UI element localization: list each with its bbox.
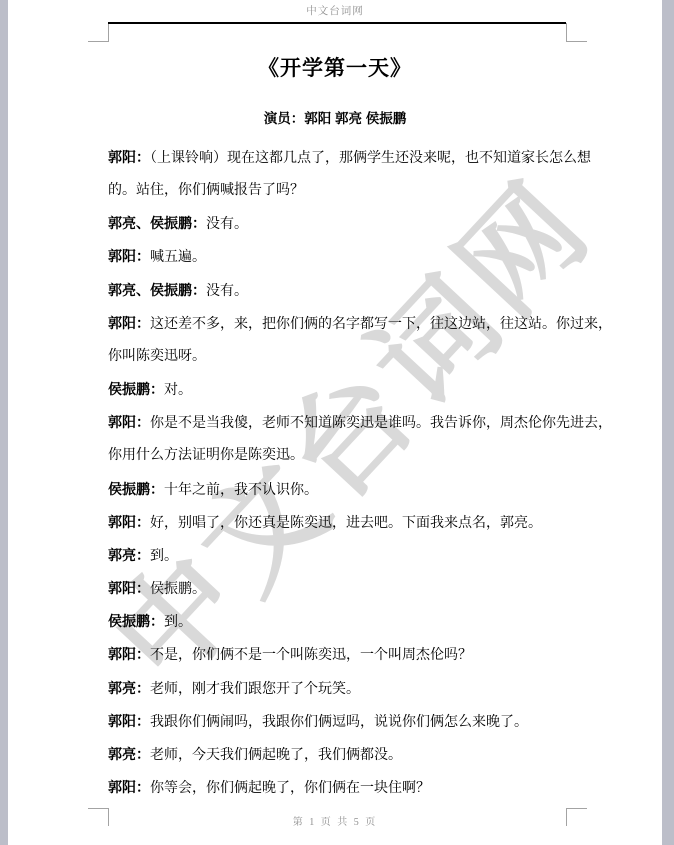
speaker-name: 郭阳： — [108, 580, 150, 596]
speaker-name: 郭阳： — [108, 713, 150, 729]
speaker-name: 郭阳： — [108, 315, 150, 331]
dialogue-text: 对。 — [164, 383, 192, 398]
script-line: 侯振鹏：十年之前，我不认识你。 — [108, 473, 570, 506]
document-page: 中文台词网 中文台词网 《开学第一天》 演员：郭阳 郭亮 侯振鹏 郭阳：（上课铃… — [8, 0, 662, 845]
script-line: 你用什么方法证明你是陈奕迅。 — [108, 439, 570, 472]
speaker-name: 郭阳： — [108, 514, 150, 530]
dialogue-text: （上课铃响）现在这都几点了，那俩学生还没来呢，也不知道家长怎么想 — [150, 151, 591, 166]
script-line: 郭阳：你是不是当我傻，老师不知道陈奕迅是谁吗。我告诉你，周杰伦你先进去， — [108, 406, 570, 439]
dialogue-text: 喊五遍。 — [150, 250, 206, 265]
script-line: 郭阳：不是，你们俩不是一个叫陈奕迅，一个叫周杰伦吗？ — [108, 638, 570, 671]
speaker-name: 郭亮： — [108, 746, 150, 762]
cast-line: 演员：郭阳 郭亮 侯振鹏 — [8, 108, 662, 130]
speaker-name: 侯振鹏： — [108, 381, 164, 397]
speaker-name: 郭阳： — [108, 779, 150, 795]
script-line: 郭阳：侯振鹏。 — [108, 572, 570, 605]
script-line: 郭亮：到。 — [108, 539, 570, 572]
script-line: 郭阳：这还差不多，来，把你们俩的名字都写一下，往这边站，往这站。你过来， — [108, 307, 570, 340]
speaker-name: 郭阳： — [108, 149, 150, 165]
speaker-name: 郭亮、侯振鹏： — [108, 215, 206, 231]
dialogue-text: 没有。 — [206, 217, 248, 232]
dialogue-text: 没有。 — [206, 284, 248, 299]
script-line: 你叫陈奕迅呀。 — [108, 340, 570, 373]
script-line: 郭亮：老师，今天我们俩起晚了，我们俩都没。 — [108, 738, 570, 771]
script-line: 郭亮：老师，刚才我们跟您开了个玩笑。 — [108, 672, 570, 705]
page-number-text: 第 1 页 共 5 页 — [8, 816, 662, 830]
speaker-name: 郭阳： — [108, 248, 150, 264]
dialogue-text: 你用什么方法证明你是陈奕迅。 — [108, 448, 304, 463]
script-line: 郭阳：好，别唱了，你还真是陈奕迅，进去吧。下面我来点名，郭亮。 — [108, 506, 570, 539]
dialogue-text: 十年之前，我不认识你。 — [164, 483, 318, 498]
script-line: 侯振鹏：到。 — [108, 605, 570, 638]
script-line: 郭阳：喊五遍。 — [108, 240, 570, 273]
speaker-name: 侯振鹏： — [108, 481, 164, 497]
dialogue-text: 不是，你们俩不是一个叫陈奕迅，一个叫周杰伦吗？ — [150, 648, 472, 663]
dialogue-text: 你是不是当我傻，老师不知道陈奕迅是谁吗。我告诉你，周杰伦你先进去， — [150, 416, 612, 431]
dialogue-text: 到。 — [150, 549, 178, 564]
script-body: 郭阳：（上课铃响）现在这都几点了，那俩学生还没来呢，也不知道家长怎么想的。站住，… — [108, 141, 570, 804]
speaker-name: 郭阳： — [108, 646, 150, 662]
header-rule — [108, 22, 566, 24]
page-header-text: 中文台词网 — [8, 3, 662, 18]
script-line: 侯振鹏：对。 — [108, 373, 570, 406]
script-line: 郭阳：我跟你们俩闹吗，我跟你们俩逗吗，说说你们俩怎么来晚了。 — [108, 705, 570, 738]
speaker-name: 郭亮、侯振鹏： — [108, 282, 206, 298]
speaker-name: 郭亮： — [108, 547, 150, 563]
dialogue-text: 好，别唱了，你还真是陈奕迅，进去吧。下面我来点名，郭亮。 — [150, 516, 542, 531]
dialogue-text: 到。 — [164, 615, 192, 630]
dialogue-text: 这还差不多，来，把你们俩的名字都写一下，往这边站，往这站。你过来， — [150, 317, 612, 332]
dialogue-text: 你叫陈奕迅呀。 — [108, 349, 206, 364]
document-title: 《开学第一天》 — [8, 50, 662, 86]
dialogue-text: 老师，今天我们俩起晚了，我们俩都没。 — [150, 748, 402, 763]
script-line: 的。站住，你们俩喊报告了吗？ — [108, 174, 570, 207]
dialogue-text: 你等会，你们俩起晚了，你们俩在一块住啊？ — [150, 781, 430, 796]
script-line: 郭亮、侯振鹏：没有。 — [108, 207, 570, 240]
script-line: 郭亮、侯振鹏：没有。 — [108, 274, 570, 307]
script-line: 郭阳：你等会，你们俩起晚了，你们俩在一块住啊？ — [108, 771, 570, 804]
speaker-name: 郭亮： — [108, 680, 150, 696]
dialogue-text: 我跟你们俩闹吗，我跟你们俩逗吗，说说你们俩怎么来晚了。 — [150, 715, 528, 730]
speaker-name: 郭阳： — [108, 414, 150, 430]
dialogue-text: 老师，刚才我们跟您开了个玩笑。 — [150, 682, 360, 697]
document-content: 《开学第一天》 演员：郭阳 郭亮 侯振鹏 郭阳：（上课铃响）现在这都几点了，那俩… — [8, 0, 662, 845]
script-line: 郭阳：（上课铃响）现在这都几点了，那俩学生还没来呢，也不知道家长怎么想 — [108, 141, 570, 174]
dialogue-text: 侯振鹏。 — [150, 582, 206, 597]
speaker-name: 侯振鹏： — [108, 613, 164, 629]
dialogue-text: 的。站住，你们俩喊报告了吗？ — [108, 183, 304, 198]
